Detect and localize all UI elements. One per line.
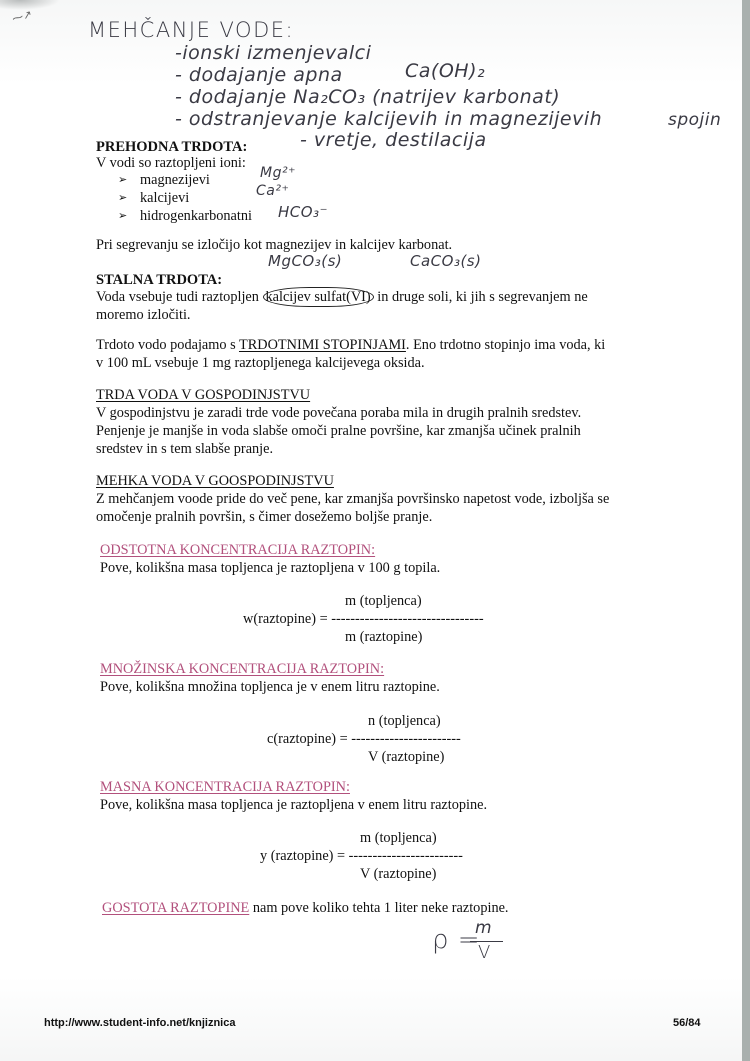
paragraph-line: Pove, kolikšna masa topljenca je raztopl… bbox=[100, 796, 487, 814]
list-item: ➢ hidrogenkarbonatni bbox=[118, 207, 252, 225]
handwritten-formula: CaCO₃(s) bbox=[410, 252, 481, 270]
handwritten-denominator: V bbox=[478, 942, 491, 963]
handwritten-word: spojin bbox=[668, 110, 721, 130]
list-item: ➢ magnezijevi bbox=[118, 171, 252, 189]
formula-lhs: c(raztopine) = ----------------------- bbox=[267, 730, 461, 748]
handwritten-ion: Ca²⁺ bbox=[256, 183, 289, 199]
handwritten-density-symbol: ρ = bbox=[432, 925, 480, 955]
handwritten-formula: MgCO₃(s) bbox=[268, 252, 342, 270]
list-item: ➢ kalcijevi bbox=[118, 189, 252, 207]
heading-stalna-trdota: STALNA TRDOTA: bbox=[96, 271, 222, 289]
underlined-term: TRDOTNIMI STOPINJAMI bbox=[239, 337, 406, 353]
heading-mehka-voda: MEHKA VODA V GOOSPODINJSTVU bbox=[96, 472, 334, 490]
formula-denominator: V (raztopine) bbox=[360, 865, 436, 883]
formula-numerator: n (topljenca) bbox=[368, 712, 441, 730]
list-item-text: kalcijevi bbox=[140, 189, 189, 207]
text-span: Trdoto vodo podajamo s bbox=[96, 337, 239, 353]
text-span: in druge soli, ki jih s segrevanjem ne bbox=[374, 289, 588, 305]
handwritten-item: - dodajanje Na₂CO₃ (natrijev karbonat) bbox=[175, 86, 560, 108]
handwritten-item: -ionski izmenjevalci bbox=[175, 42, 371, 64]
formula-denominator: V (raztopine) bbox=[368, 748, 444, 766]
heading-gostota-raztopine: GOSTOTA RAZTOPINE bbox=[102, 900, 249, 916]
scanned-page: ⁓↗ MEHČANJE VODE: -ionski izmenjevalci -… bbox=[0, 0, 742, 1061]
ion-bullet-list: ➢ magnezijevi ➢ kalcijevi ➢ hidrogenkarb… bbox=[118, 171, 252, 225]
heading-mnozinska-koncentracija: MNOŽINSKA KONCENTRACIJA RAZTOPIN: bbox=[100, 660, 384, 678]
paragraph-line: V gospodinjstvu je zaradi trde vode pove… bbox=[96, 404, 581, 422]
paragraph-line: Pove, kolikšna masa topljenca je raztopl… bbox=[100, 559, 440, 577]
paragraph-line: sredstev in s tem slabše pranje. bbox=[96, 440, 273, 458]
handwritten-title: MEHČANJE VODE: bbox=[88, 18, 294, 42]
text-span: Voda vsebuje tudi raztopljen bbox=[96, 289, 263, 305]
paragraph-stopinje-line: v 100 mL vsebuje 1 mg raztopljenega kalc… bbox=[96, 354, 425, 372]
text-span: nam pove koliko tehta 1 liter neke razto… bbox=[249, 900, 508, 916]
handwritten-ion: HCO₃⁻ bbox=[278, 203, 328, 221]
heading-masna-koncentracija: MASNA KONCENTRACIJA RAZTOPIN: bbox=[100, 778, 350, 796]
paragraph-line: omočenje pralnih površin, s čimer doseže… bbox=[96, 508, 432, 526]
formula-numerator: m (topljenca) bbox=[345, 592, 422, 610]
pen-mark-icon: ⁓↗ bbox=[11, 8, 34, 26]
formula-lhs: y (raztopine) = ------------------------ bbox=[260, 847, 463, 865]
list-item-text: hidrogenkarbonatni bbox=[140, 207, 252, 225]
handwritten-item: - odstranjevanje kalcijevih in magnezije… bbox=[175, 108, 602, 130]
handwritten-ion: Mg²⁺ bbox=[260, 165, 296, 181]
heading-trda-voda: TRDA VODA V GOSPODINJSTVU bbox=[96, 386, 310, 404]
circled-term: kalcijev sulfat(VI) bbox=[263, 287, 374, 307]
handwritten-formula: Ca(OH)₂ bbox=[405, 60, 485, 82]
paragraph-line: Z mehčanjem voode pride do več pene, kar… bbox=[96, 490, 609, 508]
formula-denominator: m (raztopine) bbox=[345, 628, 422, 646]
list-item-text: magnezijevi bbox=[140, 171, 210, 189]
paragraph-ions-intro: V vodi so raztopljeni ioni: bbox=[96, 154, 246, 172]
paragraph-line: Pove, kolikšna množina topljenca je v en… bbox=[100, 678, 440, 696]
handwritten-numerator: m bbox=[475, 918, 492, 938]
paragraph-stalna-line: Voda vsebuje tudi raztopljen kalcijev su… bbox=[96, 288, 588, 306]
footer-url-link[interactable]: http://www.student-info.net/knjiznica bbox=[44, 1017, 235, 1029]
scan-edge-border bbox=[742, 0, 750, 1061]
page-number: 56/84 bbox=[673, 1017, 701, 1029]
arrow-bullet-icon: ➢ bbox=[118, 207, 140, 225]
paragraph-line: Penjenje je manjše in voda slabše omoči … bbox=[96, 422, 581, 440]
arrow-bullet-icon: ➢ bbox=[118, 171, 140, 189]
formula-numerator: m (topljenca) bbox=[360, 829, 437, 847]
text-span: . Eno trdotno stopinjo ima voda, ki bbox=[406, 337, 605, 353]
handwritten-item: - vretje, destilacija bbox=[300, 129, 487, 151]
formula-lhs: w(raztopine) = -------------------------… bbox=[243, 610, 484, 628]
arrow-bullet-icon: ➢ bbox=[118, 189, 140, 207]
paragraph-stalna-line: moremo izločiti. bbox=[96, 306, 191, 324]
paragraph-stopinje-line: Trdoto vodo podajamo s TRDOTNIMI STOPINJ… bbox=[96, 336, 605, 354]
paragraph-gostota: GOSTOTA RAZTOPINE nam pove koliko tehta … bbox=[102, 899, 509, 917]
handwritten-item: - dodajanje apna bbox=[175, 64, 343, 86]
heading-odstotna-koncentracija: ODSTOTNA KONCENTRACIJA RAZTOPIN: bbox=[100, 541, 375, 559]
